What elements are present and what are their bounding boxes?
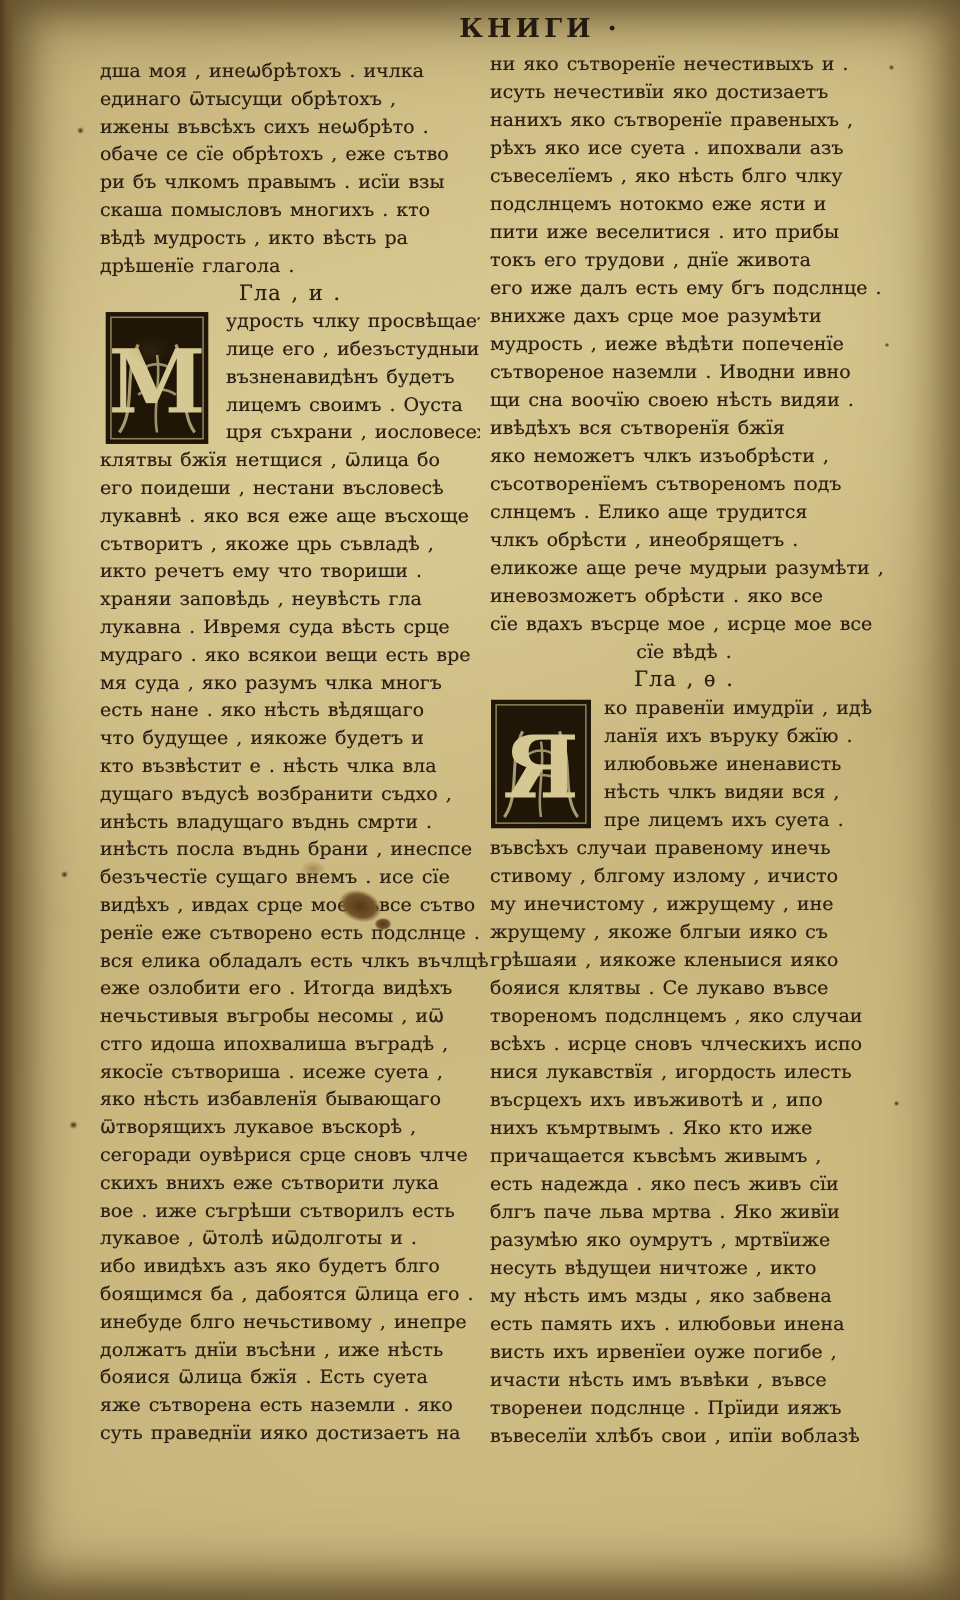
- text-line: икто речетъ ему что твориши .: [100, 558, 480, 586]
- text-line: ренїе еже сътворено есть подслнце .: [100, 920, 480, 948]
- text-line: его иже далъ есть ему бгъ подслнце .: [490, 274, 878, 302]
- text-line: му нѣсть имъ мзды , яко забвена: [490, 1282, 878, 1310]
- text-line: ибо ивидѣхъ азъ яко будетъ блго: [100, 1253, 480, 1281]
- text-line: якосїе сътвориша . исеже суета ,: [100, 1059, 480, 1087]
- text-line: сїе вѣдѣ .: [490, 638, 878, 666]
- text-line: ри бъ члкомъ правымъ . исїи взы: [100, 169, 480, 197]
- text-line: въвсѣхъ случаи правеному инечь: [490, 834, 878, 862]
- text-line: вѣдѣ мудрость , икто вѣсть ра: [100, 225, 480, 253]
- text-line: дрѣшенїе глагола .: [100, 253, 480, 281]
- text-line: есть память ихъ . илюбовьи инена: [490, 1310, 878, 1338]
- text-line: кто възвѣстит е . нѣсть члка вла: [100, 753, 480, 781]
- text-line: лукавое , ѿтолѣ иѿдолготы и .: [100, 1225, 480, 1253]
- text-line: яко нѣсть избавленїя бывающаго: [100, 1086, 480, 1114]
- text-line: съвеселїемъ , яко нѣсть блго члку: [490, 162, 878, 190]
- text-line: внихже дахъ срце мое разумѣти: [490, 302, 878, 330]
- text-line: мудрость , иеже вѣдѣти попеченїе: [490, 330, 878, 358]
- text-line: слнцемъ . Елико аще трудится: [490, 498, 878, 526]
- text-line: есть надежда . яко песъ живъ сїи: [490, 1170, 878, 1198]
- text-line: сїе вдахъ въсрце мое , исрце мое все: [490, 610, 878, 638]
- text-line: дша моя , инеѡбрѣтохъ . ичлка: [100, 58, 480, 86]
- text-line: видѣхъ , ивдах срце мое въвсе сътво: [100, 892, 480, 920]
- text-line: причащается къвсѣмъ живымъ ,: [490, 1142, 878, 1170]
- ink-speck: [68, 1120, 79, 1130]
- text-line: инебуде блго нечьстивому , инепре: [100, 1309, 480, 1337]
- text-line: ичасти нѣсть имъ въвѣки , въвсе: [490, 1366, 878, 1394]
- text-line: му инечистому , ижрущему , ине: [490, 890, 878, 918]
- text-line: висть ихъ ирвенїеи оуже погибе ,: [490, 1338, 878, 1366]
- ink-speck: [60, 870, 69, 879]
- text-line: храняи заповѣдь , неувѣсть гла: [100, 586, 480, 614]
- text-line: сегоради оувѣрися срце сновъ члче: [100, 1142, 480, 1170]
- text-line: грѣшаяи , иякоже кленыися ияко: [490, 946, 878, 974]
- text-line: всѣхъ . исрце сновъ члческихъ испо: [490, 1030, 878, 1058]
- ink-speck: [893, 1100, 900, 1107]
- text-line: еликоже аще рече мудрыи разумѣти ,: [490, 554, 878, 582]
- svg-text:Я: Я: [503, 718, 579, 818]
- text-line: безъчестїе сущаго внемъ . исе сїе: [100, 864, 480, 892]
- text-line: яже сътворена есть наземли . яко: [100, 1392, 480, 1420]
- book-page-scan: КНИГИ · дша моя , инеѡбрѣтохъ . ичлкаеди…: [0, 0, 960, 1600]
- text-line: боящимся ба , дабоятся ѿлица его .: [100, 1281, 480, 1309]
- text-line: что будущее , иякоже будетъ и: [100, 725, 480, 753]
- text-line: бояися ѿлица бжїя . Есть суета: [100, 1364, 480, 1392]
- svg-text:М: М: [108, 330, 205, 434]
- text-line: ивѣдѣхъ вся сътворенїя бжїя: [490, 414, 878, 442]
- text-line: должатъ днїи въсѣни , иже нѣсть: [100, 1337, 480, 1365]
- chapter-heading: Гла , и .: [100, 280, 480, 308]
- text-line: пити иже веселитися . ито прибы: [490, 218, 878, 246]
- text-line: есть нане . яко нѣсть вѣдящаго: [100, 697, 480, 725]
- text-line: члкъ обрѣсти , инеобрящетъ .: [490, 526, 878, 554]
- text-line: несуть вѣдущеи ничтоже , икто: [490, 1254, 878, 1282]
- text-line: сътвореное наземли . Иводни ивно: [490, 358, 878, 386]
- text-line: нечьстивыя въгробы несомы , иѿ: [100, 1003, 480, 1031]
- text-line: съсотворенїемъ сътвореномъ подъ: [490, 470, 878, 498]
- text-line: иневозможетъ обрѣсти . яко все: [490, 582, 878, 610]
- text-line: блгъ паче льва мртва . Яко живїи: [490, 1198, 878, 1226]
- text-line: скихъ внихъ еже сътворити лука: [100, 1170, 480, 1198]
- text-line: мудраго . яко всякои вещи есть вре: [100, 642, 480, 670]
- text-line: стивому , блгому излому , ичисто: [490, 862, 878, 890]
- text-line: вся елика обладалъ есть члкъ въчлцѣ: [100, 948, 480, 976]
- text-line: скаша помысловъ многихъ . кто: [100, 197, 480, 225]
- text-line: дущаго въдусѣ возбранити съдхо ,: [100, 781, 480, 809]
- text-column-left: дша моя , инеѡбрѣтохъ . ичлкаединаго ѿты…: [100, 58, 480, 1448]
- ink-speck: [884, 342, 890, 348]
- text-line: нихъ къмртвымъ . Яко кто иже: [490, 1114, 878, 1142]
- text-line: щи сна воочїю своею нѣсть видяи .: [490, 386, 878, 414]
- text-line: ижены въвсѣхъ сихъ неѡбрѣто .: [100, 114, 480, 142]
- text-line: жрущему , якоже блгыи ияко съ: [490, 918, 878, 946]
- chapter-opening: Я ко правенїи имудрїи , идѣланїя ихъ вър…: [490, 694, 878, 834]
- text-line: клятвы бжїя нетщися , ѿлица бо: [100, 447, 480, 475]
- text-line: исуть нечестивїи яко достизаетъ: [490, 78, 878, 106]
- text-line: бояися клятвы . Се лукаво въвсе: [490, 974, 878, 1002]
- woodcut-initial: Я: [490, 697, 592, 831]
- text-line: его поидеши , нестани въсловесѣ: [100, 475, 480, 503]
- running-header: КНИГИ ·: [380, 14, 700, 44]
- text-line: вое . иже съгрѣши сътворилъ есть: [100, 1198, 480, 1226]
- text-line: рѣхъ яко исе суета . ипохвали азъ: [490, 134, 878, 162]
- text-line: яко неможетъ члкъ изъобрѣсти ,: [490, 442, 878, 470]
- ink-speck: [888, 64, 895, 71]
- text-line: въсрцехъ ихъ ивъживотѣ и , ипо: [490, 1086, 878, 1114]
- text-line: единаго ѿтысущи обрѣтохъ ,: [100, 86, 480, 114]
- chapter-heading: Гла , ѳ .: [490, 666, 878, 694]
- text-line: токъ его трудови , днїе живота: [490, 246, 878, 274]
- text-line: въвеселїи хлѣбъ свои , ипїи воблазѣ: [490, 1422, 878, 1450]
- text-line: ни яко сътворенїе нечестивыхъ и .: [490, 50, 878, 78]
- text-line: сътворитъ , якоже црь съвладѣ ,: [100, 531, 480, 559]
- text-line: инѣсть посла въднь брани , инеспсе: [100, 836, 480, 864]
- text-line: подслнцемъ нотокмо еже ясти и: [490, 190, 878, 218]
- text-line: суть праведнїи ияко достизаетъ на: [100, 1420, 480, 1448]
- text-line: нанихъ яко сътворенїе правеныхъ ,: [490, 106, 878, 134]
- text-line: лукавнѣ . яко вся еже аще въсхоще: [100, 503, 480, 531]
- chapter-opening: М удрость члку просвѣщаетълице его , ибе…: [100, 308, 480, 447]
- text-line: мя суда , яко разумъ члка многъ: [100, 670, 480, 698]
- text-line: твореномъ подслнцемъ , яко случаи: [490, 1002, 878, 1030]
- text-line: стго идоша ипохвалиша въградѣ ,: [100, 1031, 480, 1059]
- text-line: еже озлобити его . Итогда видѣхъ: [100, 975, 480, 1003]
- text-column-right: ни яко сътворенїе нечестивыхъ и .исуть н…: [490, 50, 878, 1450]
- woodcut-initial: М: [100, 311, 214, 445]
- text-line: лукавна . Ивремя суда вѣсть срце: [100, 614, 480, 642]
- text-line: ѿтворящихъ лукавое въскорѣ ,: [100, 1114, 480, 1142]
- text-line: инѣсть владущаго въднь смрти .: [100, 809, 480, 837]
- text-line: творенеи подслнце . Прїиди ияжъ: [490, 1394, 878, 1422]
- text-line: нися лукавствїя , игордость илесть: [490, 1058, 878, 1086]
- text-line: разумѣю яко оумрутъ , мртвїиже: [490, 1226, 878, 1254]
- text-line: обаче се сїе обрѣтохъ , еже сътво: [100, 141, 480, 169]
- ink-speck: [76, 126, 85, 135]
